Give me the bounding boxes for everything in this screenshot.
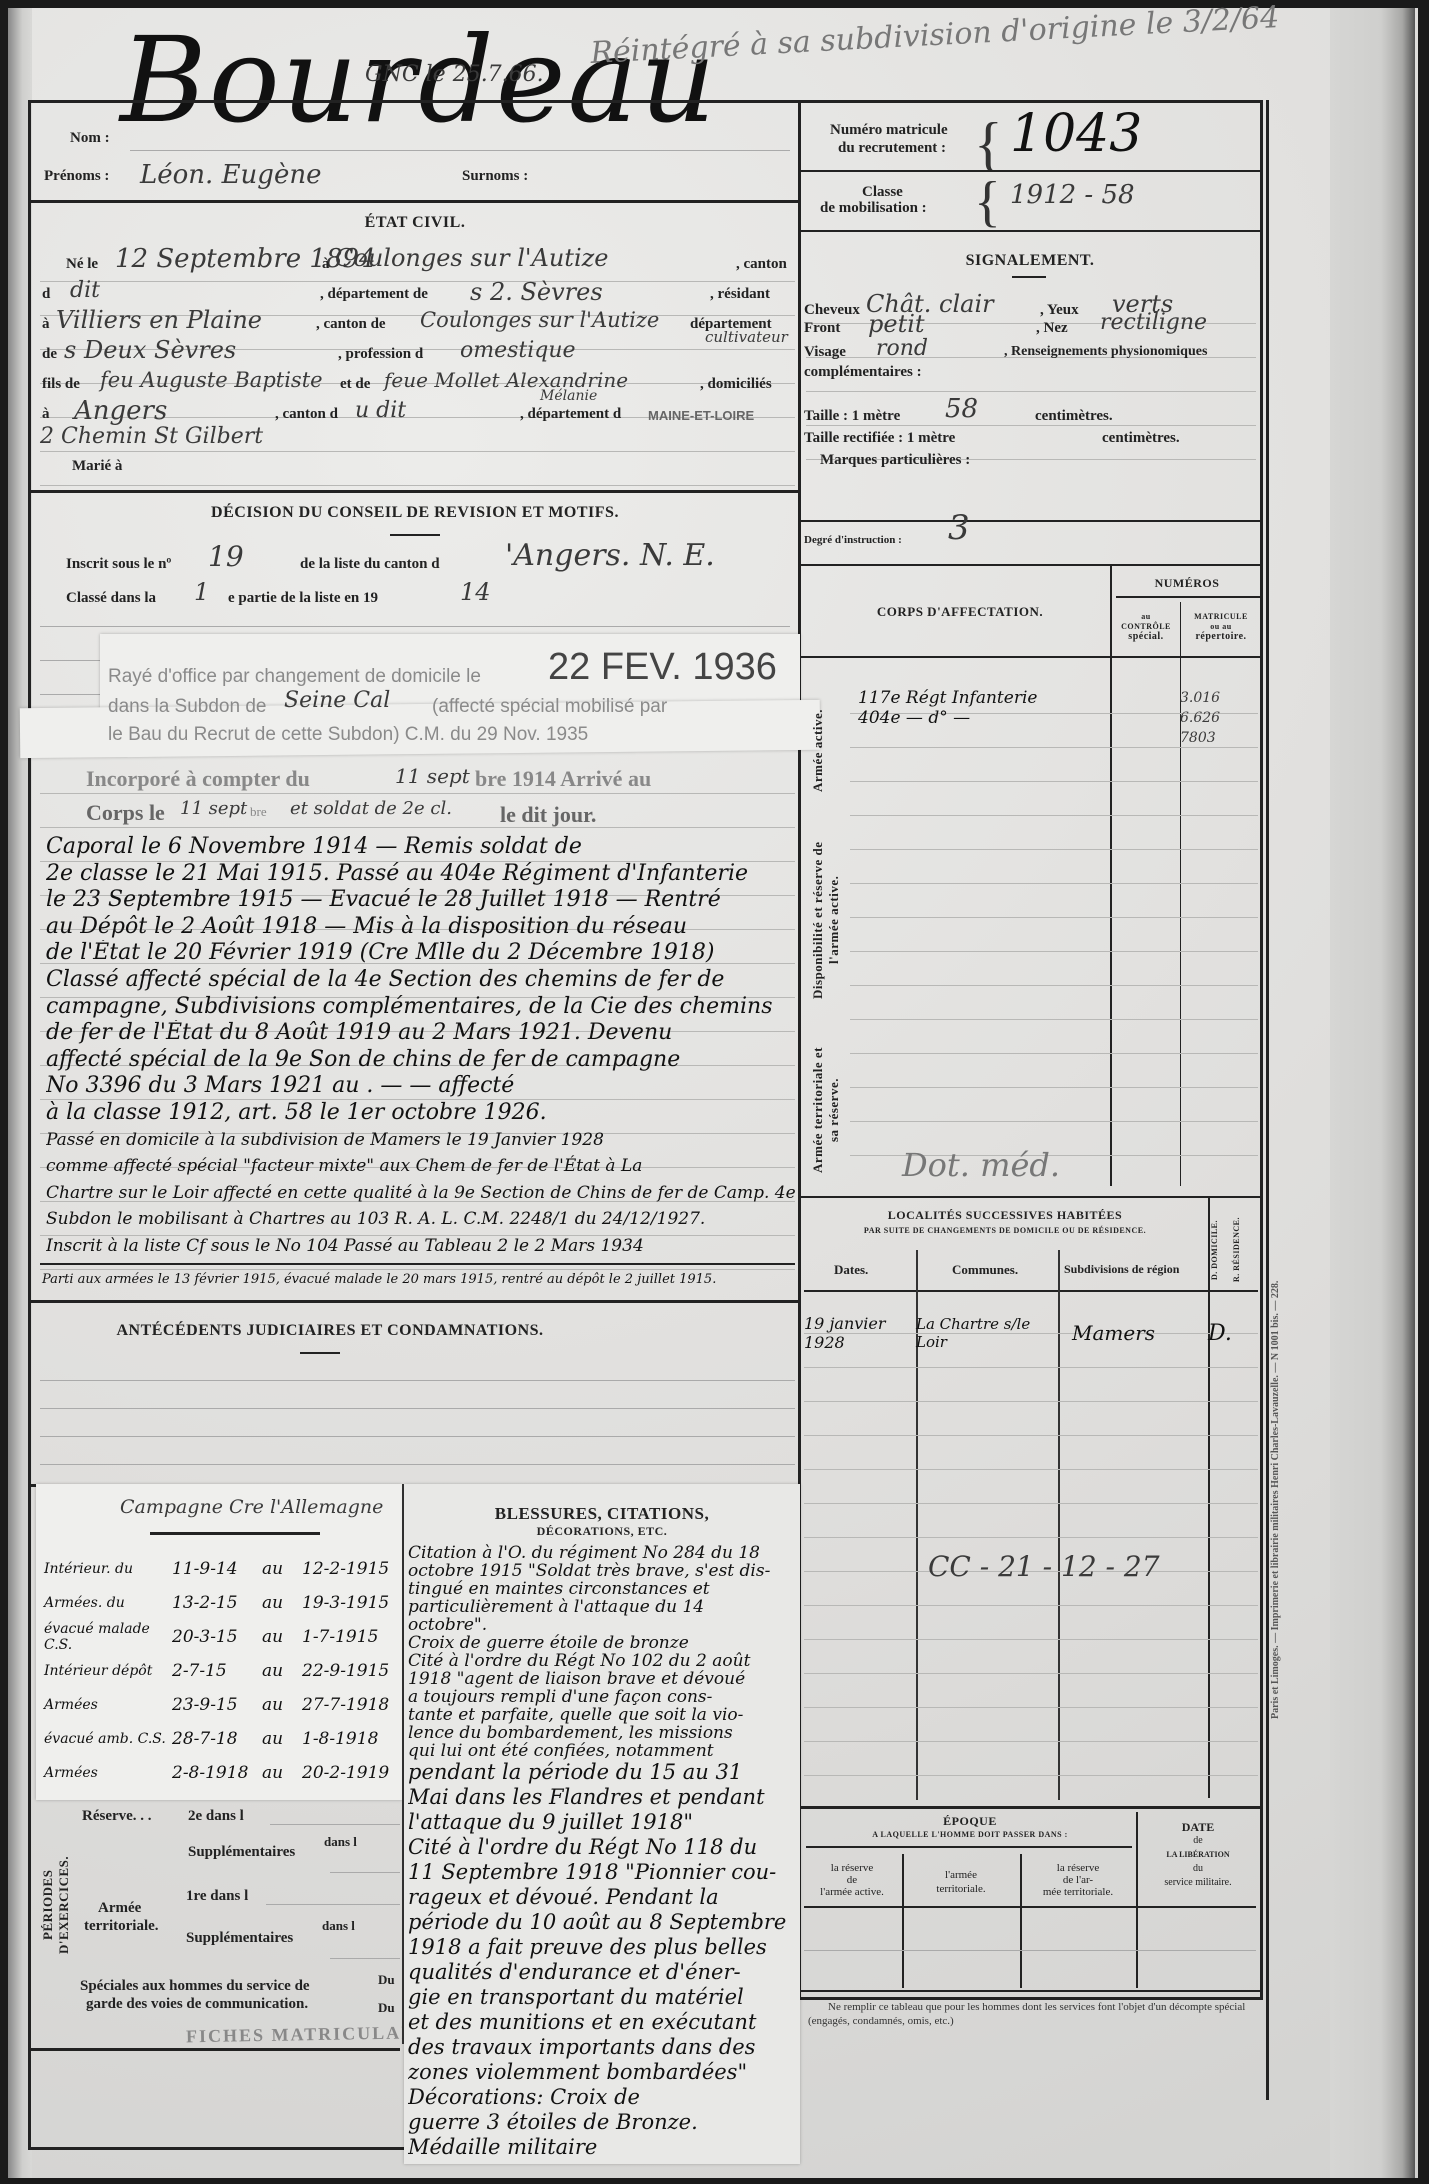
epoque-col1-a: la réserve [804, 1862, 900, 1874]
campagne-from: 2-8-1918 [172, 1763, 262, 1783]
side-disponibilite: Disponibilité et réserve de l'armée acti… [810, 820, 846, 1020]
campagne-to: 22-9-1915 [302, 1661, 389, 1681]
blessures-line: Cité à l'ordre du Régt No 102 du 2 août [408, 1652, 800, 1670]
canton-label: , canton [736, 256, 787, 273]
campagne-from: 2-7-15 [172, 1661, 262, 1681]
campagne-sep: au [262, 1593, 302, 1613]
affectation-row: 404e — d° —6.626 [858, 708, 1258, 728]
marie-label: Marié à [72, 458, 122, 475]
dit-jour-label: le dit jour. [500, 802, 596, 828]
matricule-label-1: Numéro matricule [830, 122, 948, 139]
partie-year: 14 [460, 578, 491, 606]
campagne-to: 27-7-1918 [302, 1695, 389, 1715]
services-line: No 3396 du 3 Mars 1921 au . — — affecté [46, 1073, 796, 1100]
cultivateur-annotation: cultivateur [705, 328, 788, 346]
territoriale-supp-dans: dans l [322, 1918, 355, 1934]
campagne-sep: au [262, 1661, 302, 1681]
localites-title: LOCALITÉS SUCCESSIVES HABITÉES [800, 1208, 1210, 1223]
gnc-annotation: GNC le 25.7.66. [365, 62, 544, 87]
affectation-title: CORPS D'AFFECTATION. [800, 604, 1120, 620]
slip-line-3: le Bau du Recrut de cette Subdon) C.M. d… [108, 724, 588, 746]
campagne-label: Armées. du [44, 1595, 172, 1611]
corps-bre: bre [250, 804, 267, 820]
du-1: Du [378, 1972, 395, 1988]
front-label: Front [804, 320, 840, 337]
campagne-row: évacué amb. C.S.28-7-18au1-8-1918 [44, 1722, 404, 1756]
slip-line-2-prefix: dans la Subdon de [108, 696, 266, 718]
blessures-line: 1918 "agent de liaison brave et dévoué [408, 1670, 800, 1688]
centimetres-label: centimètres. [1035, 408, 1113, 425]
prenoms-value: Léon. Eugène [140, 160, 321, 190]
complementaires-label: complémentaires : [804, 364, 922, 381]
campagne-from: 23-9-15 [172, 1695, 262, 1715]
page-edge [1330, 8, 1415, 2178]
epoque-col3-c: mée territoriale. [1022, 1886, 1134, 1898]
services-line: au Dépôt le 2 Août 1918 — Mis à la dispo… [46, 914, 796, 941]
numeros-title: NUMÉROS [1112, 576, 1262, 591]
epoque-col4-a: DATE [1138, 1820, 1258, 1834]
affectation-corps: 117e Régt Infanterie [858, 688, 1108, 708]
localite-commune: La Chartre s/le Loir [916, 1315, 1058, 1351]
campagnes-title: Campagne Cre l'Allemagne [120, 1496, 383, 1518]
yeux-label: , Yeux [1040, 302, 1079, 319]
profession-value: omestique [460, 338, 576, 363]
services-line: Chartre sur le Loir affecté en cette qua… [46, 1180, 796, 1207]
epoque-title: ÉPOQUE [800, 1814, 1140, 1829]
blessures-record: Citation à l'O. du régiment No 284 du 18… [408, 1544, 800, 2160]
speciales-line-1: Spéciales aux hommes du service de [80, 1978, 310, 1995]
dot-med-annotation: Dot. méd. [902, 1146, 1060, 1184]
inscrit-number: 19 [208, 540, 244, 573]
epoque-col3-a: la réserve [1022, 1862, 1134, 1874]
blessures-line: période du 10 août au 8 Septembre [408, 1910, 800, 1935]
reserve-label: Réserve. . . [82, 1808, 152, 1825]
surnoms-label: Surnoms : [462, 168, 528, 185]
campagne-to: 20-2-1919 [302, 1763, 389, 1783]
nom-label: Nom : [70, 130, 110, 147]
col-dates: Dates. [834, 1262, 868, 1278]
campagne-label: Intérieur. du [44, 1561, 172, 1577]
blessures-line: qui lui ont été confiées, notamment [408, 1742, 800, 1760]
taille-label: Taille : 1 mètre [804, 408, 900, 425]
address-line: 2 Chemin St Gilbert [40, 424, 263, 449]
territoriale-label-1: Armée [98, 1900, 141, 1917]
campagne-to: 12-2-1915 [302, 1559, 389, 1579]
domicilies-label: , domiciliés [700, 376, 772, 393]
residant-label: , résidant [710, 286, 770, 303]
front-value: petit [868, 310, 925, 338]
canton-d-label: d [42, 286, 50, 303]
profession-label: , profession d [338, 346, 423, 363]
birth-canton: dit [70, 278, 100, 303]
residence-canton: Coulonges sur l'Autize [420, 308, 659, 332]
col-matricule-1: MATRICULE [1182, 612, 1260, 622]
corps-date: 11 sept [180, 798, 247, 819]
campagne-from: 11-9-14 [172, 1559, 262, 1579]
campagne-to: 19-3-1915 [302, 1593, 389, 1613]
etat-civil-title: ÉTAT CIVIL. [30, 214, 800, 232]
blessures-line: gie en transportant du matériel [408, 1985, 800, 2010]
reserve-supp-dans: dans l [324, 1834, 357, 1850]
services-line: de fer de l'État du 8 Août 1919 au 2 Mar… [46, 1020, 796, 1047]
birth-a-label: à [322, 256, 330, 273]
blessures-line: zones violemment bombardées" [408, 2060, 800, 2085]
campagne-sep: au [262, 1729, 302, 1749]
residence: Villiers en Plaine [56, 306, 262, 334]
epoque-subtitle: A LAQUELLE L'HOMME DOIT PASSER DANS : [800, 1830, 1140, 1839]
campagne-to: 1-7-1915 [302, 1627, 378, 1647]
col-residence: R. RÉSIDENCE. [1232, 1210, 1254, 1290]
blessures-line: pendant la période du 15 au 31 [408, 1760, 800, 1785]
blessures-line: octobre". [408, 1616, 800, 1634]
campagne-row: Armées23-9-15au27-7-1918 [44, 1688, 404, 1722]
blessures-title: BLESSURES, CITATIONS, [404, 1504, 800, 1524]
blessures-line: guerre 3 étoiles de Bronze. [408, 2110, 800, 2135]
instruction-value: 3 [948, 508, 970, 548]
col-controle-3: spécial. [1112, 632, 1180, 642]
instruction-label: Degré d'instruction : [804, 534, 902, 546]
classe-value: 1912 - 58 [1010, 180, 1135, 210]
localite-dr: D. [1208, 1321, 1232, 1346]
canton-du-label: , canton d [275, 406, 338, 423]
services-line: Classé affecté spécial de la 4e Section … [46, 967, 796, 994]
departement-label: , département de [320, 286, 428, 303]
territoriale-supp: Supplémentaires [186, 1930, 293, 1947]
nez-label: , Nez [1036, 320, 1068, 337]
campagnes-list: Intérieur. du11-9-14au12-2-1915Armées. d… [44, 1552, 404, 1790]
campagne-label: Armées [44, 1765, 172, 1781]
corps-le-label: Corps le [86, 800, 165, 826]
campagne-from: 28-7-18 [172, 1729, 262, 1749]
blessures-line: particulièrement à l'attaque du 14 [408, 1598, 800, 1616]
localite-subdivision: Mamers [1058, 1321, 1208, 1345]
domicile-value: Angers [74, 396, 167, 426]
nez-value: rectiligne [1100, 310, 1207, 335]
territoriale-1re: 1re dans l [186, 1888, 248, 1905]
campagne-to: 1-8-1918 [302, 1729, 378, 1749]
localite-date: 19 janvier 1928 [804, 1314, 916, 1352]
slip-line-1: Rayé d'office par changement de domicile… [108, 666, 481, 688]
epoque-col1-c: l'armée active. [804, 1886, 900, 1898]
affectation-matricule: 7803 [1180, 730, 1216, 746]
affectation-row: 117e Régt Infanterie3.016 [858, 688, 1258, 708]
birth-departement: s 2. Sèvres [470, 278, 603, 306]
taille-rectifiee-label: Taille rectifiée : 1 mètre [804, 430, 955, 447]
services-line: campagne, Subdivisions complémentaires, … [46, 994, 796, 1021]
classe-dans-value: 1 [194, 578, 209, 606]
localites-rows: 19 janvier 1928La Chartre s/le LoirMamer… [804, 1316, 1258, 1350]
birthplace: Coulonges sur l'Autize [335, 244, 608, 272]
conseil-revision-title: DÉCISION DU CONSEIL DE REVISION ET MOTIF… [30, 504, 800, 522]
localite-row: 19 janvier 1928La Chartre s/le LoirMamer… [804, 1316, 1258, 1350]
blessures-line: 11 Septembre 1918 "Pionnier cou- [408, 1860, 800, 1885]
blessures-line: octobre 1915 "Soldat très brave, s'est d… [408, 1562, 800, 1580]
col-matricule-3: répertoire. [1182, 632, 1260, 642]
classe-dans-label: Classé dans la [66, 590, 156, 607]
epoque-col4-e: service militaire. [1138, 1876, 1258, 1890]
campagne-label: Armées [44, 1697, 172, 1713]
campagne-label: évacué amb. C.S. [44, 1731, 172, 1747]
departement-stamp: MAINE-ET-LOIRE [648, 408, 754, 423]
blessures-line: qualités d'endurance et d'éner- [408, 1960, 800, 1985]
periodes-side-label: PÉRIODES D'EXERCICES. [40, 1830, 68, 1980]
services-line: 2e classe le 21 Mai 1915. Passé au 404e … [46, 861, 796, 888]
signalement-title: SIGNALEMENT. [800, 252, 1260, 270]
reserve-2e: 2e dans l [188, 1808, 244, 1825]
side-territoriale: Armée territoriale et sa réserve. [810, 1040, 846, 1180]
taille-value: 58 [945, 394, 978, 424]
father-name: feu Auguste Baptiste [100, 368, 323, 392]
epoque-col2-b: territoriale. [904, 1882, 1018, 1896]
inscrit-label: Inscrit sous le nº [66, 556, 171, 573]
blessures-line: a toujours rempli d'une façon cons- [408, 1688, 800, 1706]
ne-le-label: Né le [66, 256, 98, 273]
territoriale-label-2: territoriale. [84, 1918, 159, 1935]
services-line: Inscrit à la liste Cf sous le No 104 Pas… [46, 1233, 796, 1260]
du-2: Du [378, 2000, 395, 2016]
epoque-col4-b: de [1138, 1834, 1258, 1848]
col-subdivisions: Subdivisions de région [1064, 1262, 1179, 1277]
campagne-row: Intérieur dépôt2-7-15au22-9-1915 [44, 1654, 404, 1688]
services-line: Caporal le 6 Novembre 1914 — Remis solda… [46, 834, 796, 861]
blessures-line: 1918 a fait preuve des plus belles [408, 1935, 800, 1960]
campagne-sep: au [262, 1559, 302, 1579]
blessures-line: lence du bombardement, les missions [408, 1724, 800, 1742]
partie-label: e partie de la liste en 19 [228, 590, 378, 607]
blessures-line: Mai dans les Flandres et pendant [408, 1785, 800, 1810]
speciales-line-2: garde des voies de communication. [86, 1996, 308, 2013]
localites-annotation: CC - 21 - 12 - 27 [928, 1550, 1160, 1583]
localites-subtitle: PAR SUITE DE CHANGEMENTS DE DOMICILE OU … [800, 1226, 1210, 1235]
affectation-rows: 117e Régt Infanterie3.016404e — d° —6.62… [858, 688, 1258, 748]
visage-value: rond [876, 336, 928, 361]
blessures-line: l'attaque du 9 juillet 1918" [408, 1810, 800, 1835]
campagne-row: Armées. du13-2-15au19-3-1915 [44, 1586, 404, 1620]
mother-extra-name: Mélanie [540, 388, 597, 404]
matricule-value: 1043 [1010, 104, 1142, 164]
affectation-corps: 404e — d° — [858, 708, 1108, 728]
blessures-line: Décorations: Croix de [408, 2085, 800, 2110]
slip-subdivision: Seine Cal [284, 688, 390, 713]
col-communes: Communes. [952, 1262, 1018, 1278]
affectation-matricule: 3.016 [1180, 690, 1220, 706]
services-line: affecté spécial de la 9e Son de chins de… [46, 1047, 796, 1074]
blessures-line: Croix de guerre étoile de bronze [408, 1634, 800, 1652]
blessures-line: des travaux importants dans des [408, 2035, 800, 2060]
campagne-sep: au [262, 1763, 302, 1783]
residant-a-label: à [42, 316, 50, 333]
fils-de-label: fils de [42, 376, 80, 393]
centimetres-label-2: centimètres. [1102, 430, 1180, 447]
departement3-label: , département d [520, 406, 621, 423]
epoque-note: Ne remplir ce tableau que pour les homme… [808, 2000, 1258, 2028]
blessures-line: rageux et dévoué. Pendant la [408, 1885, 800, 1910]
services-line: Passé en domicile à la subdivision de Ma… [46, 1127, 796, 1154]
services-line: de l'État le 20 Février 1919 (Cre Mlle d… [46, 940, 796, 967]
col-domicile: D. DOMICILE. [1210, 1210, 1232, 1290]
campagne-sep: au [262, 1695, 302, 1715]
affectation-matricule: 6.626 [1180, 710, 1220, 726]
stamp-date: 22 FEV. 1936 [548, 646, 777, 689]
services-line: à la classe 1912, art. 58 le 1er octobre… [46, 1100, 796, 1127]
campagne-row: Intérieur. du11-9-14au12-2-1915 [44, 1552, 404, 1586]
printer-imprint: Paris et Limoges. — Imprimerie et librai… [1270, 1150, 1290, 1850]
services-line: comme affecté spécial "facteur mixte" au… [46, 1153, 796, 1180]
campagne-from: 13-2-15 [172, 1593, 262, 1613]
services-line: Subdon le mobilisant à Chartres au 103 R… [46, 1206, 796, 1233]
blessures-line: tante et parfaite, quelle que soit la vi… [408, 1706, 800, 1724]
services-record: Caporal le 6 Novembre 1914 — Remis solda… [46, 834, 796, 1260]
antecedents-title: ANTÉCÉDENTS JUDICIAIRES ET CONDAMNATIONS… [30, 1322, 630, 1340]
classe-label-1: Classe [862, 184, 903, 201]
visage-label: Visage [804, 344, 846, 361]
corps-soldat: et soldat de 2e cl. [290, 798, 452, 819]
arrive-label: bre 1914 Arrivé au [475, 766, 651, 792]
services-line: le 23 Septembre 1915 — Evacué le 28 Juil… [46, 887, 796, 914]
liste-canton-value: 'Angers. N. E. [505, 538, 715, 573]
blessures-line: tingué en maintes circonstances et [408, 1580, 800, 1598]
reserve-supp: Supplémentaires [188, 1844, 295, 1861]
epoque-col4-c: LA LIBÉRATION [1138, 1848, 1258, 1862]
campagne-label: Intérieur dépôt [44, 1663, 172, 1679]
marques-label: Marques particulières : [820, 452, 970, 469]
blessures-subtitle: DÉCORATIONS, ETC. [404, 1524, 800, 1539]
blessures-line: Cité à l'ordre du Régt No 118 du [408, 1835, 800, 1860]
et-de-label: et de [340, 376, 370, 393]
residence-departement: s Deux Sèvres [64, 336, 236, 364]
departement2-prefix: de [42, 346, 57, 363]
services-footer-line: Parti aux armées le 13 février 1915, éva… [42, 1272, 716, 1287]
campagne-sep: au [262, 1627, 302, 1647]
blessures-line: Médaille militaire [408, 2135, 800, 2160]
canton-de-label: , canton de [316, 316, 386, 333]
campagne-from: 20-3-15 [172, 1627, 262, 1647]
col-controle-1: au [1112, 612, 1180, 622]
epoque-col1-b: de [804, 1874, 900, 1886]
liste-canton-label: de la liste du canton d [300, 556, 440, 573]
epoque-col2-a: l'armée [904, 1868, 1018, 1882]
matricule-label-2: du recrutement : [838, 140, 946, 157]
blessures-line: Citation à l'O. du régiment No 284 du 18 [408, 1544, 800, 1562]
slip-line-2-suffix: (affecté spécial mobilisé par [432, 696, 667, 718]
epoque-col3-b: de l'ar- [1022, 1874, 1134, 1886]
renseignements-label: , Renseignements physionomiques [1004, 344, 1207, 360]
cheveux-label: Cheveux [804, 302, 860, 319]
domicile-a-label: à [42, 406, 50, 423]
domicile-canton: u dit [355, 398, 406, 423]
prenoms-label: Prénoms : [44, 168, 109, 185]
blessures-line: et des munitions et en exécutant [408, 2010, 800, 2035]
campagne-row: évacué malade C.S.20-3-15au1-7-1915 [44, 1620, 404, 1654]
incorpore-date: 11 sept [395, 764, 470, 788]
affectation-row: 7803 [858, 728, 1258, 748]
campagne-row: Armées2-8-1918au20-2-1919 [44, 1756, 404, 1790]
campagne-label: évacué malade C.S. [44, 1621, 172, 1653]
epoque-col4-d: du [1138, 1862, 1258, 1876]
classe-label-2: de mobilisation : [820, 200, 927, 217]
side-armee-active: Armée active. [810, 700, 846, 800]
incorpore-label: Incorporé à compter du [86, 766, 310, 792]
